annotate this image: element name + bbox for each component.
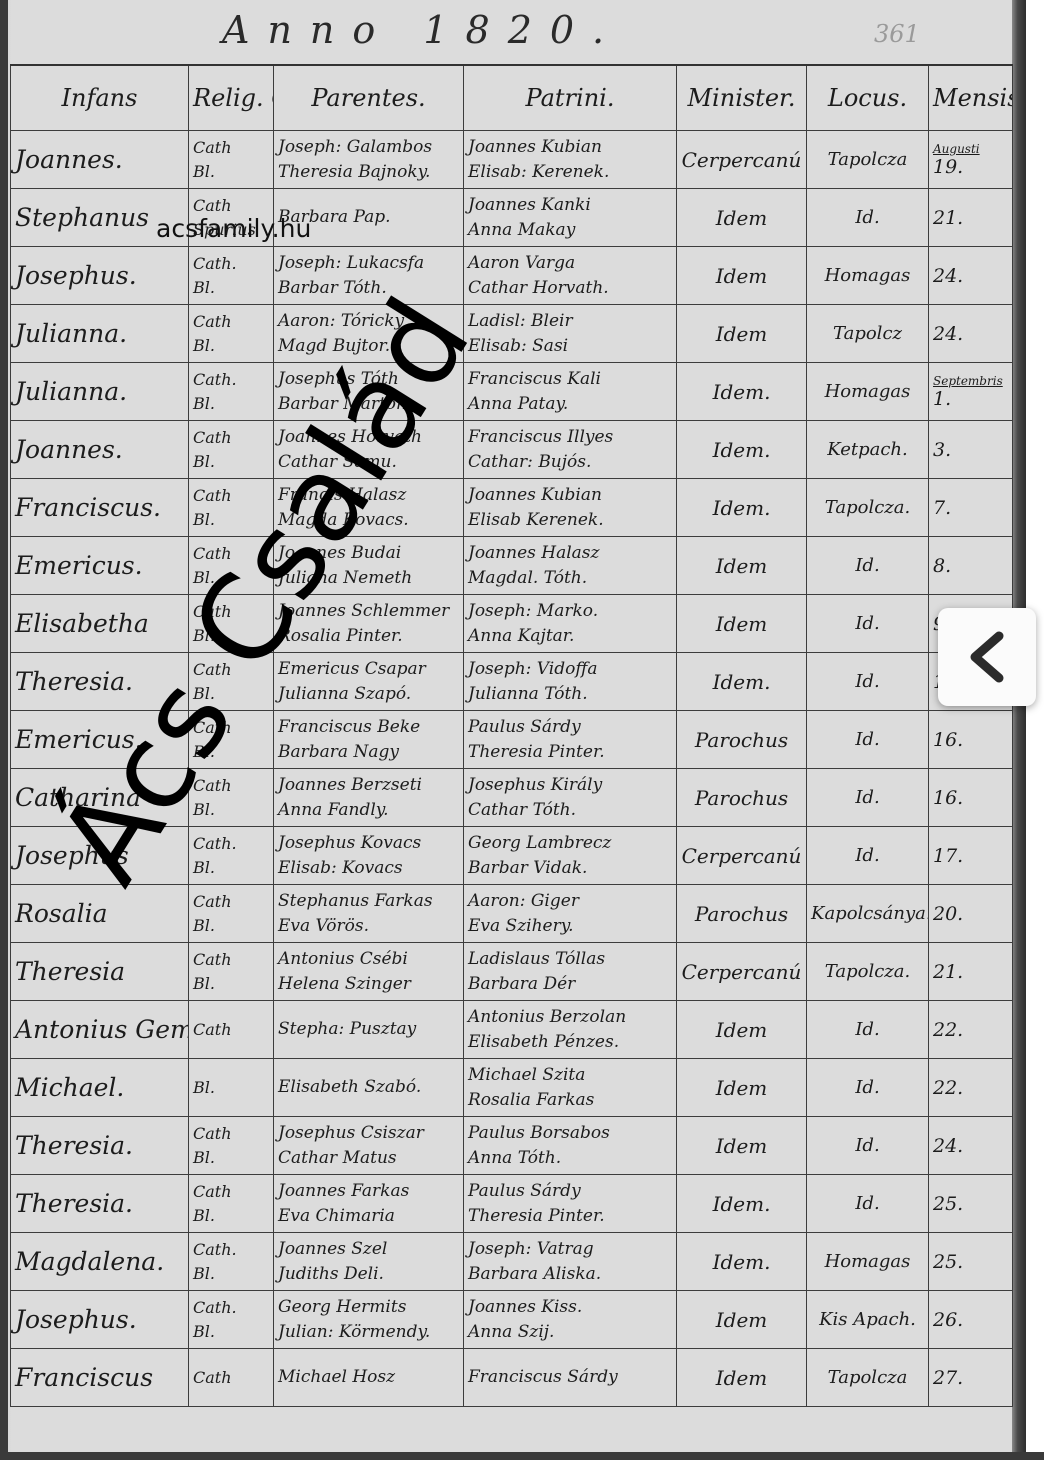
table-row: Theresia.CathBl.Joannes FarkasEva Chimar…	[11, 1175, 1013, 1233]
infans-cell: Rosalia	[11, 885, 189, 943]
religion-cell: Cath.Bl.	[189, 363, 274, 421]
dies-cell: 24.	[929, 305, 1013, 363]
godparent-line-1: Joseph: Vatrag	[468, 1237, 672, 1262]
parentes-cell: Josephus KovacsElisab: Kovacs	[274, 827, 464, 885]
parent-line-1: Antonius Csébi	[278, 947, 459, 972]
godparent-line-1: Joseph: Marko.	[468, 599, 672, 624]
locus-name: Id.	[855, 207, 879, 228]
godparent-line-2: Eva Szihery.	[468, 914, 672, 939]
religion-line-2: Bl.	[193, 160, 269, 184]
table-row: TheresiaCathBl.Antonius CsébiHelena Szin…	[11, 943, 1013, 1001]
godparent-line-2: Magdal. Tóth.	[468, 566, 672, 591]
table-row: Magdalena.Cath.Bl.Joannes SzelJudiths De…	[11, 1233, 1013, 1291]
religion-line-1: Cath	[193, 426, 269, 450]
godparent-line-2: Theresia Pinter.	[468, 1204, 672, 1229]
infans-cell: Joannes.	[11, 131, 189, 189]
minister-cell: Idem	[677, 1001, 807, 1059]
day-value: 20.	[933, 903, 963, 925]
godparent-line-1: Paulus Sárdy	[468, 1179, 672, 1204]
infant-name: Franciscus.	[15, 493, 161, 522]
religion-line-2: Bl.	[193, 1204, 269, 1228]
parent-line-1: Emericus Csapar	[278, 657, 459, 682]
religion-line-1: Cath	[193, 1366, 269, 1390]
month-note: Septembris	[933, 374, 1008, 388]
table-row: Joannes.CathBl.Joannes HorvathCathar Sam…	[11, 421, 1013, 479]
religion-line-2: Bl.	[193, 914, 269, 938]
minister-cell: Idem.	[677, 653, 807, 711]
dies-cell: Septembris1.	[929, 363, 1013, 421]
day-value: 7.	[933, 497, 951, 519]
minister-cell: Idem.	[677, 421, 807, 479]
minister-cell: Parochus	[677, 711, 807, 769]
day-value: 25.	[933, 1193, 963, 1215]
godparent-line-1: Joannes Kubian	[468, 483, 672, 508]
dies-cell: 20.	[929, 885, 1013, 943]
religion-line-1: Cath	[193, 1018, 269, 1042]
godparent-line-2: Elisab: Sasi	[468, 334, 672, 359]
godparent-line-2: Barbara Dér	[468, 972, 672, 997]
minister-cell: Idem	[677, 189, 807, 247]
parentes-cell: Stephanus FarkasEva Vörös.	[274, 885, 464, 943]
minister-cell: Cerpercanú	[677, 943, 807, 1001]
page-title: Anno 1820.	[222, 8, 622, 52]
religion-cell: CathBl.	[189, 885, 274, 943]
religion-line-1: Cath.	[193, 368, 269, 392]
locus-cell: Id.	[807, 1175, 929, 1233]
locus-cell: Tapolcz	[807, 305, 929, 363]
day-value: 3.	[933, 439, 951, 461]
religion-line-1: Cath	[193, 310, 269, 334]
dies-cell: 7.	[929, 479, 1013, 537]
dies-cell: 8.	[929, 537, 1013, 595]
parentes-cell: Josephus CsiszarCathar Matus	[274, 1117, 464, 1175]
minister-name: Idem.	[713, 670, 771, 694]
dies-cell: 22.	[929, 1001, 1013, 1059]
minister-cell: Cerpercanú	[677, 827, 807, 885]
minister-cell: Idem	[677, 595, 807, 653]
patrini-cell: Paulus SárdyTheresia Pinter.	[464, 711, 677, 769]
locus-cell: Kis Apach.	[807, 1291, 929, 1349]
locus-cell: Id.	[807, 711, 929, 769]
religion-cell: CathBl.	[189, 1175, 274, 1233]
godparent-line-1: Michael Szita	[468, 1063, 672, 1088]
parent-line-1: Elisabeth Szabó.	[278, 1075, 459, 1100]
table-row: Julianna.Cath.Bl.Josephus TóthBarbar Mar…	[11, 363, 1013, 421]
day-value: 24.	[933, 1135, 963, 1157]
minister-name: Idem.	[713, 438, 771, 462]
locus-cell: Id.	[807, 653, 929, 711]
religion-cell: CathBl.	[189, 1117, 274, 1175]
minister-cell: Idem.	[677, 479, 807, 537]
dies-cell: 26.	[929, 1291, 1013, 1349]
godparent-line-2: Cathar Horvath.	[468, 276, 672, 301]
minister-cell: Idem	[677, 1291, 807, 1349]
patrini-cell: Aaron: GigerEva Szihery.	[464, 885, 677, 943]
parent-line-1: Joannes Szel	[278, 1237, 459, 1262]
infans-cell: Josephus.	[11, 247, 189, 305]
parent-line-1: Josephus Kovacs	[278, 831, 459, 856]
locus-name: Id.	[855, 845, 879, 866]
patrini-cell: Franciscus Sárdy	[464, 1349, 677, 1407]
minister-name: Idem	[716, 554, 768, 578]
locus-cell: Id.	[807, 827, 929, 885]
infant-name: Stephanus	[15, 203, 149, 232]
day-value: 16.	[933, 787, 963, 809]
table-row: Joannes.CathBl.Joseph: GalambosTheresia …	[11, 131, 1013, 189]
godparent-line-2: Anna Kajtar.	[468, 624, 672, 649]
locus-cell: Id.	[807, 537, 929, 595]
patrini-cell: Joannes KubianElisab Kerenek.	[464, 479, 677, 537]
infant-name: Rosalia	[15, 899, 108, 928]
patrini-cell: Joannes HalaszMagdal. Tóth.	[464, 537, 677, 595]
religion-line-1: Cath.	[193, 252, 269, 276]
infant-name: Julianna.	[15, 319, 127, 348]
minister-name: Idem.	[713, 496, 771, 520]
parent-line-1: Michael Hosz	[278, 1365, 459, 1390]
table-row: Julianna.CathBl.Aaron: TórickyMagd Bujto…	[11, 305, 1013, 363]
patrini-cell: Josephus KirályCathar Tóth.	[464, 769, 677, 827]
patrini-cell: Ladisl: BleirElisab: Sasi	[464, 305, 677, 363]
minister-name: Cerpercanú	[682, 148, 802, 172]
locus-cell: Id.	[807, 1001, 929, 1059]
godparent-line-2: Barbara Aliska.	[468, 1262, 672, 1287]
infant-name: Theresia	[15, 957, 125, 986]
godparent-line-1: Paulus Borsabos	[468, 1121, 672, 1146]
column-header-parentes: Parentes.	[274, 65, 464, 131]
godparent-line-1: Aaron: Giger	[468, 889, 672, 914]
month-note: Augusti	[933, 142, 1008, 156]
godparent-line-2: Anna Patay.	[468, 392, 672, 417]
locus-name: Tapolcza.	[825, 497, 910, 518]
locus-name: Tapolcza.	[825, 961, 910, 982]
patrini-cell: Joannes KankiAnna Makay	[464, 189, 677, 247]
infant-name: Emericus.	[15, 551, 143, 580]
dies-cell: 25.	[929, 1175, 1013, 1233]
parent-line-2: Cathar Matus	[278, 1146, 459, 1171]
table-row: FranciscusCathMichael HoszFranciscus Sár…	[11, 1349, 1013, 1407]
parent-line-1: Josephus Csiszar	[278, 1121, 459, 1146]
locus-name: Id.	[855, 1135, 879, 1156]
parent-line-2: Eva Chimaria	[278, 1204, 459, 1229]
godparent-line-1: Joseph: Vidoffa	[468, 657, 672, 682]
infans-cell: Antonius Gemelli	[11, 1001, 189, 1059]
parentes-cell: Joannes SzelJudiths Deli.	[274, 1233, 464, 1291]
minister-name: Cerpercanú	[682, 844, 802, 868]
patrini-cell: Paulus BorsabosAnna Tóth.	[464, 1117, 677, 1175]
religion-line-1: Cath	[193, 948, 269, 972]
table-row: Michael.Bl.Elisabeth Szabó.Michael Szita…	[11, 1059, 1013, 1117]
godparent-line-1: Paulus Sárdy	[468, 715, 672, 740]
parent-line-2: Theresia Bajnoky.	[278, 160, 459, 185]
religion-cell: Cath.Bl.	[189, 247, 274, 305]
dies-cell: 21.	[929, 189, 1013, 247]
locus-name: Id.	[855, 671, 879, 692]
parent-line-1: Joannes Berzseti	[278, 773, 459, 798]
locus-name: Id.	[855, 1077, 879, 1098]
religion-cell: CathBl.	[189, 305, 274, 363]
patrini-cell: Aaron VargaCathar Horvath.	[464, 247, 677, 305]
minister-name: Idem	[716, 206, 768, 230]
infant-name: Michael.	[15, 1073, 124, 1102]
day-value: 27.	[933, 1367, 963, 1389]
column-header-minister: Minister.	[677, 65, 807, 131]
religion-line-1: Cath	[193, 1180, 269, 1204]
dies-cell: 25.	[929, 1233, 1013, 1291]
locus-name: Homagas	[825, 265, 911, 286]
minister-cell: Parochus	[677, 769, 807, 827]
infant-name: Joannes.	[15, 435, 123, 464]
dies-cell: 22.	[929, 1059, 1013, 1117]
godparent-line-2: Elisabeth Pénzes.	[468, 1030, 672, 1055]
parentes-cell: Michael Hosz	[274, 1349, 464, 1407]
locus-cell: Id.	[807, 595, 929, 653]
religion-line-1: Cath.	[193, 832, 269, 856]
religion-line-1: Bl.	[193, 1076, 269, 1100]
parent-line-1: Franciscus Beke	[278, 715, 459, 740]
minister-name: Idem	[716, 1018, 768, 1042]
infant-name: Josephus.	[15, 261, 137, 290]
minister-cell: Cerpercanú	[677, 131, 807, 189]
locus-name: Ketpach.	[827, 439, 908, 460]
parentes-cell: Franciscus BekeBarbara Nagy	[274, 711, 464, 769]
infans-cell: Julianna.	[11, 305, 189, 363]
page-bottom-edge	[0, 1452, 1044, 1460]
parent-line-1: Stepha: Pusztay	[278, 1017, 459, 1042]
locus-name: Id.	[855, 729, 879, 750]
parentes-cell: Emericus CsaparJulianna Szapó.	[274, 653, 464, 711]
parent-line-2: Anna Fandly.	[278, 798, 459, 823]
column-header-mensis-dies: Mensis Dies.	[929, 65, 1013, 131]
locus-cell: Id.	[807, 1059, 929, 1117]
parentes-cell: Joannes BerzsetiAnna Fandly.	[274, 769, 464, 827]
parentes-cell: Antonius CsébiHelena Szinger	[274, 943, 464, 1001]
infant-name: Magdalena.	[15, 1247, 164, 1276]
table-row: Franciscus.CathBl.Francis HalaszMagda Ko…	[11, 479, 1013, 537]
godparent-line-1: Josephus Király	[468, 773, 672, 798]
parent-line-2: Helena Szinger	[278, 972, 459, 997]
parent-line-2: Eva Vörös.	[278, 914, 459, 939]
religion-line-1: Cath.	[193, 1238, 269, 1262]
religion-line-1: Cath.	[193, 1296, 269, 1320]
infant-name: Franciscus	[15, 1363, 153, 1392]
locus-name: Homagas	[825, 1251, 911, 1272]
religion-cell: Cath.Bl.	[189, 827, 274, 885]
infans-cell: Julianna.	[11, 363, 189, 421]
minister-cell: Idem.	[677, 1233, 807, 1291]
religion-line-1: Cath	[193, 136, 269, 160]
locus-cell: Tapolcza	[807, 131, 929, 189]
religion-cell: CathBl.	[189, 943, 274, 1001]
page-binding-right	[1012, 0, 1026, 1460]
infans-cell: Theresia.	[11, 1117, 189, 1175]
godparent-line-2: Anna Makay	[468, 218, 672, 243]
locus-cell: Homagas	[807, 363, 929, 421]
column-header-locus: Locus.	[807, 65, 929, 131]
page-number: 361	[874, 20, 920, 48]
table-row: Theresia.CathBl.Josephus CsiszarCathar M…	[11, 1117, 1013, 1175]
religion-line-1: Cath	[193, 1122, 269, 1146]
locus-cell: Homagas	[807, 1233, 929, 1291]
religion-cell: Cath.Bl.	[189, 1233, 274, 1291]
day-value: 21.	[933, 207, 963, 229]
godparent-line-1: Franciscus Kali	[468, 367, 672, 392]
locus-cell: Tapolcza.	[807, 479, 929, 537]
dies-cell: Augusti19.	[929, 131, 1013, 189]
minister-name: Idem	[716, 1076, 768, 1100]
parentes-cell: Stepha: Pusztay	[274, 1001, 464, 1059]
dies-cell: 24.	[929, 247, 1013, 305]
minister-cell: Parochus	[677, 885, 807, 943]
godparent-line-1: Joannes Kanki	[468, 193, 672, 218]
minister-name: Idem	[716, 264, 768, 288]
day-value: 1.	[933, 388, 951, 410]
locus-name: Kapolcsánya.	[811, 903, 929, 924]
minister-cell: Idem.	[677, 1175, 807, 1233]
minister-name: Idem	[716, 322, 768, 346]
table-row: RosaliaCathBl.Stephanus FarkasEva Vörös.…	[11, 885, 1013, 943]
godparent-line-2: Julianna Tóth.	[468, 682, 672, 707]
patrini-cell: Joannes KubianElisab: Kerenek.	[464, 131, 677, 189]
parent-line-2: Julian: Körmendy.	[278, 1320, 459, 1345]
godparent-line-2: Elisab: Kerenek.	[468, 160, 672, 185]
patrini-cell: Ladislaus TóllasBarbara Dér	[464, 943, 677, 1001]
parent-line-1: Joseph: Galambos	[278, 135, 459, 160]
locus-name: Tapolcza	[828, 1367, 908, 1388]
godparent-line-1: Joannes Kubian	[468, 135, 672, 160]
day-value: 24.	[933, 323, 963, 345]
minister-cell: Idem.	[677, 363, 807, 421]
religion-line-2: Bl.	[193, 392, 269, 416]
minister-cell: Idem	[677, 537, 807, 595]
dies-cell: 21.	[929, 943, 1013, 1001]
dies-cell: 27.	[929, 1349, 1013, 1407]
locus-cell: Id.	[807, 769, 929, 827]
patrini-cell: Georg LambreczBarbar Vidak.	[464, 827, 677, 885]
religion-cell: CathBl.	[189, 131, 274, 189]
locus-name: Id.	[855, 1019, 879, 1040]
day-value: 22.	[933, 1019, 963, 1041]
religion-cell: Bl.	[189, 1059, 274, 1117]
minister-name: Idem	[716, 1308, 768, 1332]
locus-name: Tapolcz	[833, 323, 902, 344]
religion-line-2: Bl.	[193, 276, 269, 300]
day-value: 24.	[933, 265, 963, 287]
patrini-cell: Franciscus KaliAnna Patay.	[464, 363, 677, 421]
day-value: 16.	[933, 729, 963, 751]
page-binding-left	[0, 0, 8, 1460]
infant-name: Elisabetha	[15, 609, 149, 638]
infans-cell: Emericus.	[11, 537, 189, 595]
infans-cell: Joannes.	[11, 421, 189, 479]
godparent-line-2: Anna Szij.	[468, 1320, 672, 1345]
locus-cell: Tapolcza.	[807, 943, 929, 1001]
religion-cell: Cath.Bl.	[189, 1291, 274, 1349]
minister-cell: Idem	[677, 1059, 807, 1117]
religion-cell: Cath	[189, 1349, 274, 1407]
minister-name: Cerpercanú	[682, 960, 802, 984]
dies-cell: 3.	[929, 421, 1013, 479]
dies-cell: 16.	[929, 769, 1013, 827]
locus-cell: Tapolcza	[807, 1349, 929, 1407]
dies-cell: 24.	[929, 1117, 1013, 1175]
day-value: 19.	[933, 156, 963, 178]
religion-line-2: Bl.	[193, 1262, 269, 1286]
religion-line-1: Cath	[193, 890, 269, 914]
day-value: 26.	[933, 1309, 963, 1331]
godparent-line-2: Barbar Vidak.	[468, 856, 672, 881]
infant-name: Julianna.	[15, 377, 127, 406]
religion-line-2: Bl.	[193, 334, 269, 358]
parentes-cell: Georg HermitsJulian: Körmendy.	[274, 1291, 464, 1349]
godparent-line-1: Joannes Halasz	[468, 541, 672, 566]
table-row: Josephus.Cath.Bl.Georg HermitsJulian: Kö…	[11, 1291, 1013, 1349]
table-row: Emericus.CathBl.Joannes BudaiJuliana Nem…	[11, 537, 1013, 595]
day-value: 21.	[933, 961, 963, 983]
godparent-line-1: Ladislaus Tóllas	[468, 947, 672, 972]
minister-name: Idem.	[713, 1192, 771, 1216]
minister-name: Parochus	[695, 786, 788, 810]
locus-cell: Homagas	[807, 247, 929, 305]
minister-name: Idem	[716, 1366, 768, 1390]
locus-name: Kis Apach.	[819, 1309, 916, 1330]
infant-name: Theresia.	[15, 1131, 133, 1160]
locus-cell: Kapolcsánya.	[807, 885, 929, 943]
infant-name: Joannes.	[15, 145, 123, 174]
minister-name: Idem	[716, 1134, 768, 1158]
godparent-line-1: Antonius Berzolan	[468, 1005, 672, 1030]
godparent-line-2: Cathar Tóth.	[468, 798, 672, 823]
day-value: 8.	[933, 555, 951, 577]
religion-line-2: Bl.	[193, 1146, 269, 1170]
locus-cell: Id.	[807, 189, 929, 247]
godparent-line-1: Franciscus Illyes	[468, 425, 672, 450]
infans-cell: Michael.	[11, 1059, 189, 1117]
day-value: 25.	[933, 1251, 963, 1273]
godparent-line-1: Ladisl: Bleir	[468, 309, 672, 334]
godparent-line-2: Anna Tóth.	[468, 1146, 672, 1171]
religion-line-2: Bl.	[193, 856, 269, 880]
infans-cell: Josephus.	[11, 1291, 189, 1349]
previous-page-button[interactable]	[938, 608, 1036, 706]
table-row: Antonius GemelliCathStepha: PusztayAnton…	[11, 1001, 1013, 1059]
parentes-cell: Elisabeth Szabó.	[274, 1059, 464, 1117]
religion-line-2: Bl.	[193, 972, 269, 996]
parent-line-2: Judiths Deli.	[278, 1262, 459, 1287]
dies-cell: 17.	[929, 827, 1013, 885]
minister-cell: Idem	[677, 305, 807, 363]
header-row: Infans Relig. Con. Parentes. Patrini. Mi…	[11, 65, 1013, 131]
godparent-line-2: Theresia Pinter.	[468, 740, 672, 765]
infans-cell: Franciscus.	[11, 479, 189, 537]
godparent-line-1: Franciscus Sárdy	[468, 1365, 672, 1390]
parentes-cell: Joannes FarkasEva Chimaria	[274, 1175, 464, 1233]
parent-line-1: Joseph: Lukacsfa	[278, 251, 459, 276]
locus-name: Tapolcza	[828, 149, 908, 170]
table-row: Josephus.Cath.Bl.Joseph: LukacsfaBarbar …	[11, 247, 1013, 305]
locus-cell: Ketpach.	[807, 421, 929, 479]
infant-name: Antonius Gemelli	[15, 1015, 189, 1044]
religion-line-2: Bl.	[193, 1320, 269, 1344]
minister-cell: Idem	[677, 1117, 807, 1175]
parent-line-2: Elisab: Kovacs	[278, 856, 459, 881]
patrini-cell: Joseph: Marko.Anna Kajtar.	[464, 595, 677, 653]
day-value: 17.	[933, 845, 963, 867]
locus-name: Homagas	[825, 381, 911, 402]
infant-name: Josephus.	[15, 1305, 137, 1334]
patrini-cell: Joseph: VidoffaJulianna Tóth.	[464, 653, 677, 711]
minister-name: Parochus	[695, 728, 788, 752]
dies-cell: 16.	[929, 711, 1013, 769]
